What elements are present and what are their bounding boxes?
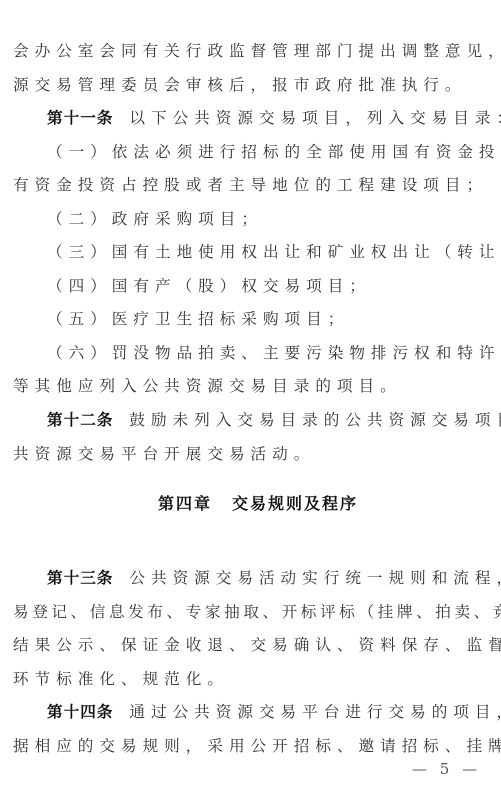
article-text: 通过公共资源交易平台进行交易的项目，应当依 bbox=[129, 703, 501, 721]
article-continuation: 易登记、信息发布、专家抽取、开标评标（挂牌、拍卖、竞价）、 bbox=[13, 601, 493, 623]
article-label: 第十一条 bbox=[47, 109, 113, 127]
article-continuation: 环节标准化、规范化。 bbox=[13, 668, 493, 690]
article-label: 第十四条 bbox=[47, 703, 113, 721]
article-label: 第十二条 bbox=[47, 411, 113, 429]
list-item: （六）罚没物品拍卖、主要污染物排污权和特许经营权转让 bbox=[47, 342, 501, 364]
article-13: 第十三条公共资源交易活动实行统一规则和流程，实现交 bbox=[47, 567, 501, 589]
list-item: （四）国有产（股）权交易项目； bbox=[47, 275, 501, 297]
article-11: 第十一条以下公共资源交易项目，列入交易目录： bbox=[47, 107, 501, 129]
text-line: 会办公室会同有关行政监督管理部门提出调整意见，经市公共资 bbox=[13, 40, 493, 62]
article-text: 以下公共资源交易项目，列入交易目录： bbox=[129, 109, 501, 127]
article-continuation: 结果公示、保证金收退、交易确认、资料保存、监督监控等交易 bbox=[13, 634, 493, 656]
list-item: （五）医疗卫生招标采购项目； bbox=[47, 308, 501, 330]
document-page: 会办公室会同有关行政监督管理部门提出调整意见，经市公共资 源交易管理委员会审核后… bbox=[0, 0, 501, 800]
chapter-number: 第四章 bbox=[158, 494, 212, 513]
article-text: 公共资源交易活动实行统一规则和流程，实现交 bbox=[129, 569, 501, 587]
article-text: 鼓励未列入交易目录的公共资源交易项目进入公 bbox=[129, 411, 501, 429]
page-number: — 5 — bbox=[412, 760, 481, 778]
article-14: 第十四条通过公共资源交易平台进行交易的项目，应当依 bbox=[47, 701, 501, 723]
list-item: （二）政府采购项目； bbox=[47, 208, 501, 230]
article-label: 第十三条 bbox=[47, 569, 113, 587]
article-continuation: 共资源交易平台开展交易活动。 bbox=[13, 443, 493, 465]
list-item-continuation: 等其他应列入公共资源交易目录的项目。 bbox=[13, 375, 493, 397]
chapter-heading: 第四章交易规则及程序 bbox=[158, 493, 358, 515]
list-item: （一）依法必须进行招标的全部使用国有资金投资，以及国 bbox=[47, 141, 501, 163]
list-item-continuation: 有资金投资占控股或者主导地位的工程建设项目； bbox=[13, 174, 493, 196]
chapter-title: 交易规则及程序 bbox=[232, 494, 358, 513]
article-12: 第十二条鼓励未列入交易目录的公共资源交易项目进入公 bbox=[47, 409, 501, 431]
list-item: （三）国有土地使用权出让和矿业权出让（转让）项目； bbox=[47, 241, 501, 263]
text-line: 源交易管理委员会审核后，报市政府批准执行。 bbox=[13, 74, 493, 96]
article-continuation: 据相应的交易规则，采用公开招标、邀请招标、挂牌、拍卖、竞 bbox=[13, 735, 493, 757]
